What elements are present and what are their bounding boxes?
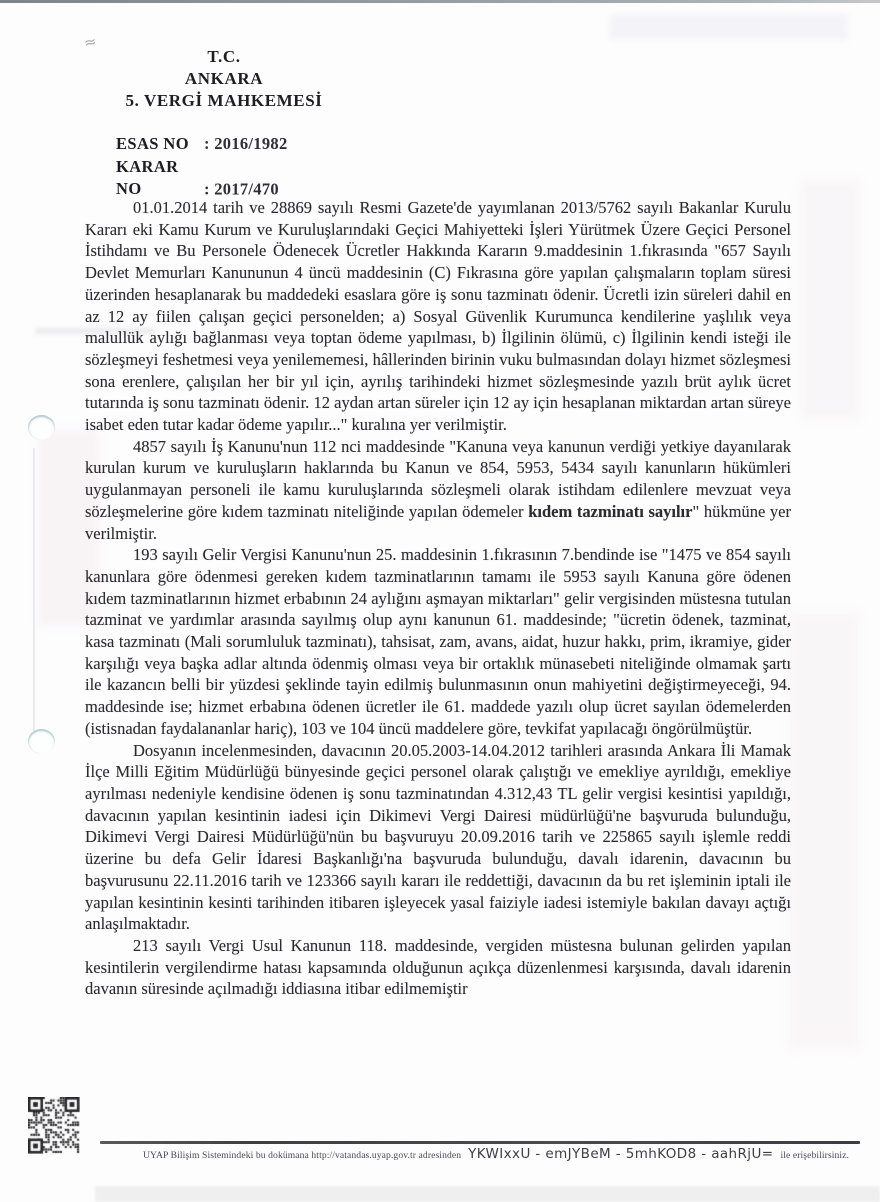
uyap-footer: UYAP Bilişim Sistemindeki bu dokümana ht…: [143, 1146, 878, 1162]
scan-edge-line: [0, 0, 880, 3]
esas-no-label: ESAS NO: [116, 133, 204, 156]
karar-no-label: KARAR NO: [116, 156, 204, 201]
esas-no-value: : 2016/1982: [204, 134, 288, 153]
esas-no-row: ESAS NO: 2016/1982: [116, 133, 288, 156]
case-number-block: ESAS NO: 2016/1982 KARAR NO: 2017/470: [116, 133, 288, 201]
uyap-footer-text-before: UYAP Bilişim Sistemindeki bu dokümana ht…: [143, 1150, 461, 1161]
uyap-footer-text-after: ile erişebilirsiniz.: [780, 1150, 849, 1161]
paragraph-resmi-gazete: 01.01.2014 tarih ve 28869 sayılı Resmi G…: [85, 197, 791, 436]
scan-bleed-right-top: [800, 180, 860, 420]
republic-label: T.C.: [0, 46, 448, 68]
scan-bleed-right: [788, 612, 860, 1050]
qr-code-image: [28, 1097, 80, 1154]
paragraph-is-kanunu: 4857 sayılı İş Kanunu'nun 112 nci maddes…: [85, 436, 791, 545]
paragraph-gelir-vergisi: 193 sayılı Gelir Vergisi Kanunu'nun 25. …: [85, 544, 791, 739]
document-page: ≈ T.C. ANKARA 5. VERGİ MAHKEMESİ ESAS NO…: [0, 0, 880, 1202]
scan-bottom-band: [95, 1186, 880, 1202]
court-name: 5. VERGİ MAHKEMESİ: [0, 90, 448, 112]
punch-hole-bottom: [28, 729, 55, 754]
city-label: ANKARA: [0, 68, 448, 90]
paragraph-is-kanunu-bold: kıdem tazminatı sayılır: [528, 502, 692, 521]
qr-code: [28, 1097, 80, 1154]
paragraph-vergi-usul: 213 sayılı Vergi Usul Kanunun 118. madde…: [85, 935, 791, 1000]
court-header: T.C. ANKARA 5. VERGİ MAHKEMESİ: [0, 46, 448, 112]
decision-body: 01.01.2014 tarih ve 28869 sayılı Resmi G…: [85, 197, 791, 1000]
footer-divider-line: [100, 1141, 860, 1144]
scan-smudge: [610, 14, 848, 40]
karar-no-value: : 2017/470: [204, 179, 279, 198]
uyap-access-code: YKWIxxU - emJYBeM - 5mhKOD8 - aahRjU=: [468, 1146, 773, 1162]
karar-no-row: KARAR NO: 2017/470: [116, 156, 288, 201]
scan-fold-line: [33, 448, 35, 736]
paragraph-dosya-inceleme: Dosyanın incelenmesinden, davacının 20.0…: [85, 740, 791, 935]
punch-hole-top: [28, 415, 55, 440]
